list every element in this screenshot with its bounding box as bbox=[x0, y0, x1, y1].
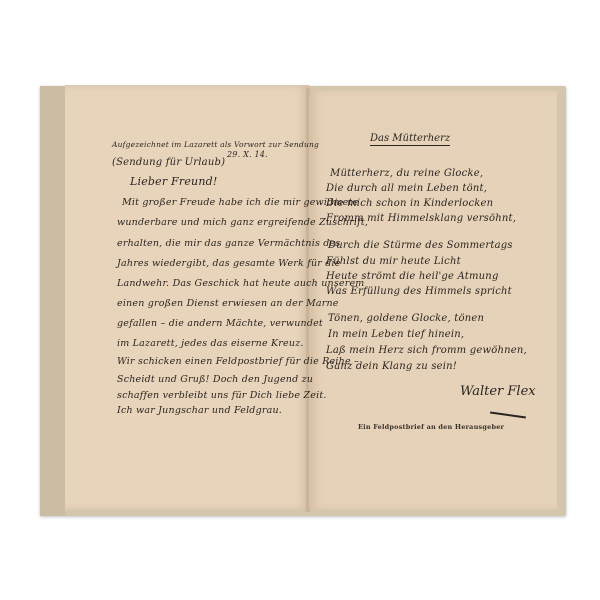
poem-line: Laß mein Herz sich fromm gewöhnen, bbox=[326, 345, 527, 356]
poem-line: In mein Leben tief hinein, bbox=[328, 329, 464, 340]
letter-line: Scheidt und Gruß! Doch den Jugend zu bbox=[117, 374, 313, 385]
poem-title: Das Mütterherz bbox=[370, 133, 450, 146]
book-cover-edge bbox=[40, 86, 65, 516]
poem-line: Durch die Stürme des Sommertags bbox=[328, 240, 513, 251]
letter-line: im Lazarett, jedes das eiserne Kreuz. bbox=[117, 338, 304, 349]
letter-line: Ich war Jungschar und Feldgrau. bbox=[117, 405, 282, 416]
letter-line: Wir schicken einen Feldpostbrief für die… bbox=[117, 356, 359, 367]
letter-line: Mit großer Freude habe ich die mir gewid… bbox=[122, 197, 358, 208]
letter-line: erhalten, die mir das ganze Vermächtnis … bbox=[117, 238, 340, 249]
poem-line: Tönen, goldene Glocke, tönen bbox=[328, 313, 484, 324]
poem-line: Was Erfüllung des Himmels spricht bbox=[326, 286, 512, 297]
letter-line: Jahres wiedergibt, das gesamte Werk für … bbox=[117, 258, 341, 269]
letter-line: einen großen Dienst erwiesen an der Marn… bbox=[117, 298, 339, 309]
letter-line: schaffen verbleibt uns für Dich liebe Ze… bbox=[117, 390, 327, 401]
poem-line: Fühlst du mir heute Licht bbox=[326, 256, 461, 267]
poem-line: Die durch all mein Leben tönt, bbox=[326, 183, 487, 194]
poem-signature: Walter Flex bbox=[460, 384, 536, 399]
left-page-date: 29. X. 14. bbox=[227, 150, 268, 159]
left-page-bracket-note: (Sendung für Urlaub) bbox=[112, 157, 225, 168]
poem-line: Heute strömt die heil'ge Atmung bbox=[326, 271, 499, 282]
page-caption: Ein Feldpostbrief an den Herausgeber bbox=[358, 423, 504, 431]
left-page-greeting: Lieber Freund! bbox=[130, 175, 217, 188]
left-page-header: Aufgezeichnet im Lazarett als Vorwort zu… bbox=[112, 140, 319, 149]
letter-line: gefallen – die andern Mächte, verwundet bbox=[117, 318, 323, 329]
poem-line: Ganz dein Klang zu sein! bbox=[326, 361, 457, 372]
poem-line: Fromm mit Himmelsklang versöhnt, bbox=[326, 213, 516, 224]
poem-line: Mütterherz, du reine Glocke, bbox=[330, 168, 483, 179]
right-page bbox=[309, 90, 557, 510]
poem-line: Die mich schon in Kinderlocken bbox=[326, 198, 493, 209]
